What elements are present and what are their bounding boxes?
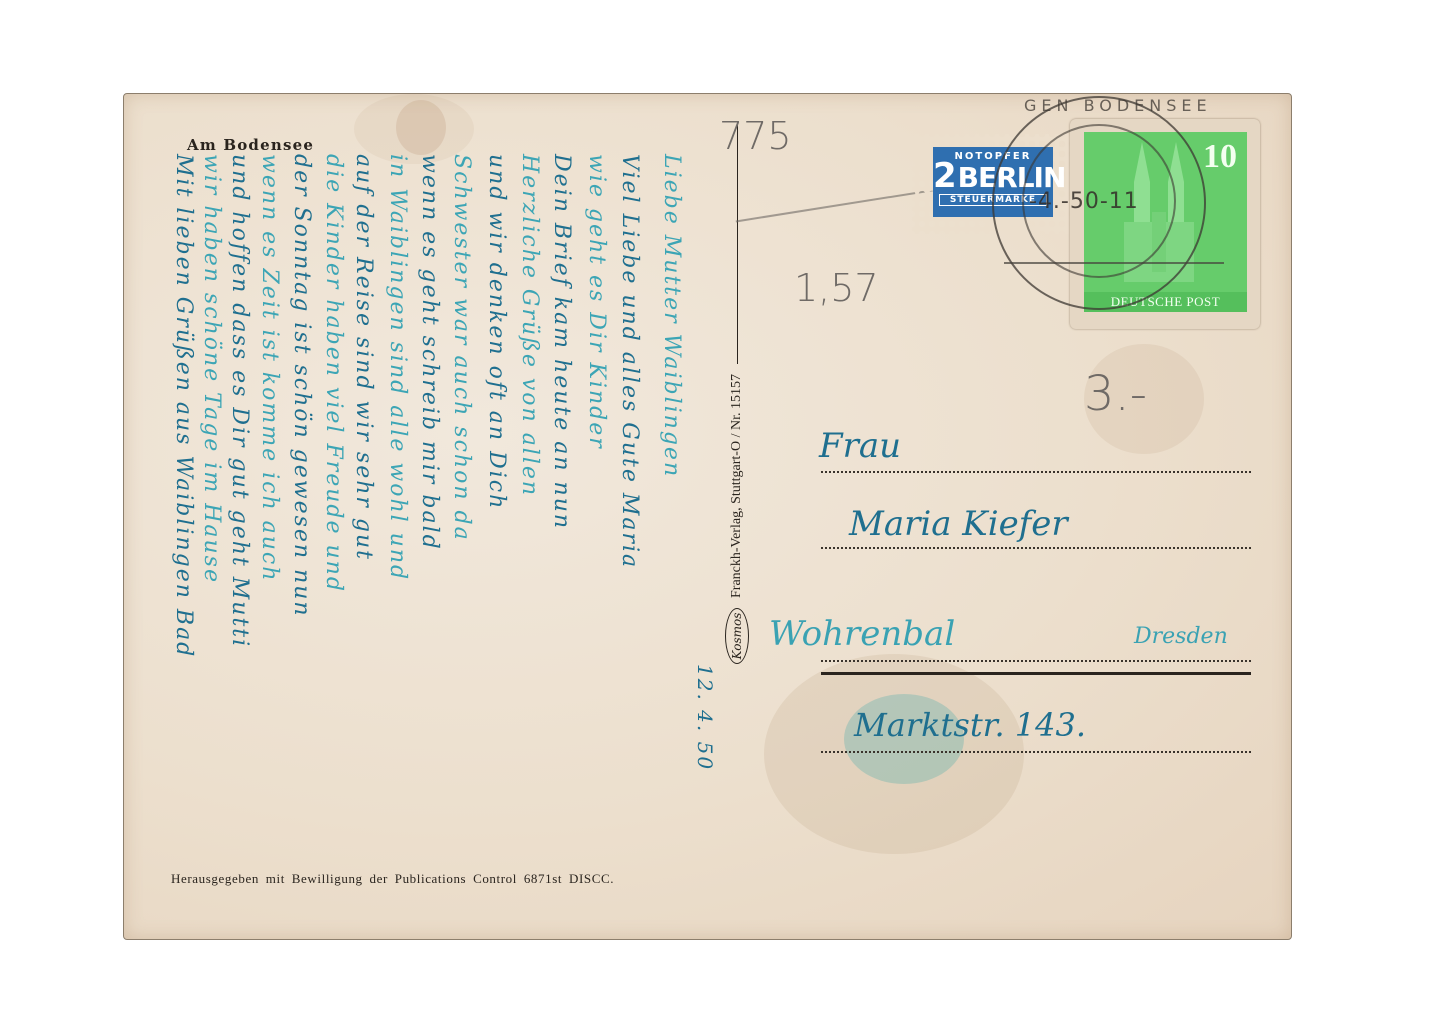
stamp-value: 10	[1203, 138, 1237, 176]
address-line-1	[821, 471, 1251, 473]
address-street: Marktstr. 143.	[854, 706, 1086, 744]
cancel-bar	[1004, 262, 1224, 264]
message-line: der Sonntag ist schön gewesen nun	[289, 154, 314, 618]
footer-imprint: Herausgegeben mit Bewilligung der Public…	[171, 871, 614, 887]
message-line: und hoffen dass es Dir gut geht Mutti	[227, 154, 252, 648]
pencil-note-middle: 1,57	[794, 266, 879, 310]
message-line: Mit lieben Grüßen aus Waiblingen Bad	[171, 154, 196, 658]
stamp-value: 2	[933, 156, 956, 196]
address-line-2	[821, 547, 1251, 549]
message-line: Herzliche Grüße von allen	[517, 154, 542, 497]
postcard-title: Am Bodensee	[187, 136, 314, 154]
address-line-3	[821, 660, 1251, 662]
divider-rule	[737, 124, 738, 364]
message-line: die Kinder haben viel Freude und	[321, 154, 346, 593]
message-line: Dein Brief kam heute an nun	[549, 154, 574, 530]
address-city-suffix: Dresden	[1134, 624, 1228, 649]
message-line: und wir denken oft an Dich	[484, 154, 509, 510]
address-name: Maria Kiefer	[849, 504, 1068, 544]
message-line: Viel Liebe und alles Gute Maria	[617, 154, 642, 569]
message-line: auf der Reise sind wir sehr gut	[351, 154, 376, 561]
address-line-4	[821, 751, 1251, 753]
message-line: Schwester war auch schon da	[449, 154, 474, 542]
address-solid-rule	[821, 672, 1251, 675]
address-city: Wohrenbal	[769, 614, 955, 654]
publisher-imprint: Kosmos Franckh-Verlag, Stuttgart-O / Nr.…	[727, 124, 747, 664]
message-line: wie geht es Dir Kinder	[584, 154, 609, 450]
postcard-back: Am Bodensee Herausgegeben mit Bewilligun…	[123, 93, 1292, 940]
pencil-note-top: 775	[719, 114, 792, 158]
postmark-town: GEN BODENSEE	[1024, 96, 1212, 115]
message-line: wenn es geht schreib mir bald	[417, 154, 442, 551]
kosmos-logo: Kosmos	[725, 608, 749, 664]
postmark-date: -4.-50-11	[1029, 189, 1139, 214]
address-salutation: Frau	[819, 426, 901, 466]
message-date: 12. 4. 50	[693, 664, 717, 771]
message-line: wir haben schöne Tage im Hause	[199, 154, 224, 584]
pencil-note-price: 3.-	[1084, 366, 1147, 422]
publisher-text: Franckh-Verlag, Stuttgart-O / Nr. 15157	[729, 374, 745, 598]
message-line: Liebe Mutter Waiblingen	[659, 154, 684, 478]
message-line: in Waiblingen sind alle wohl und	[385, 154, 410, 581]
message-line: wenn es Zeit ist komme ich auch	[257, 154, 282, 582]
